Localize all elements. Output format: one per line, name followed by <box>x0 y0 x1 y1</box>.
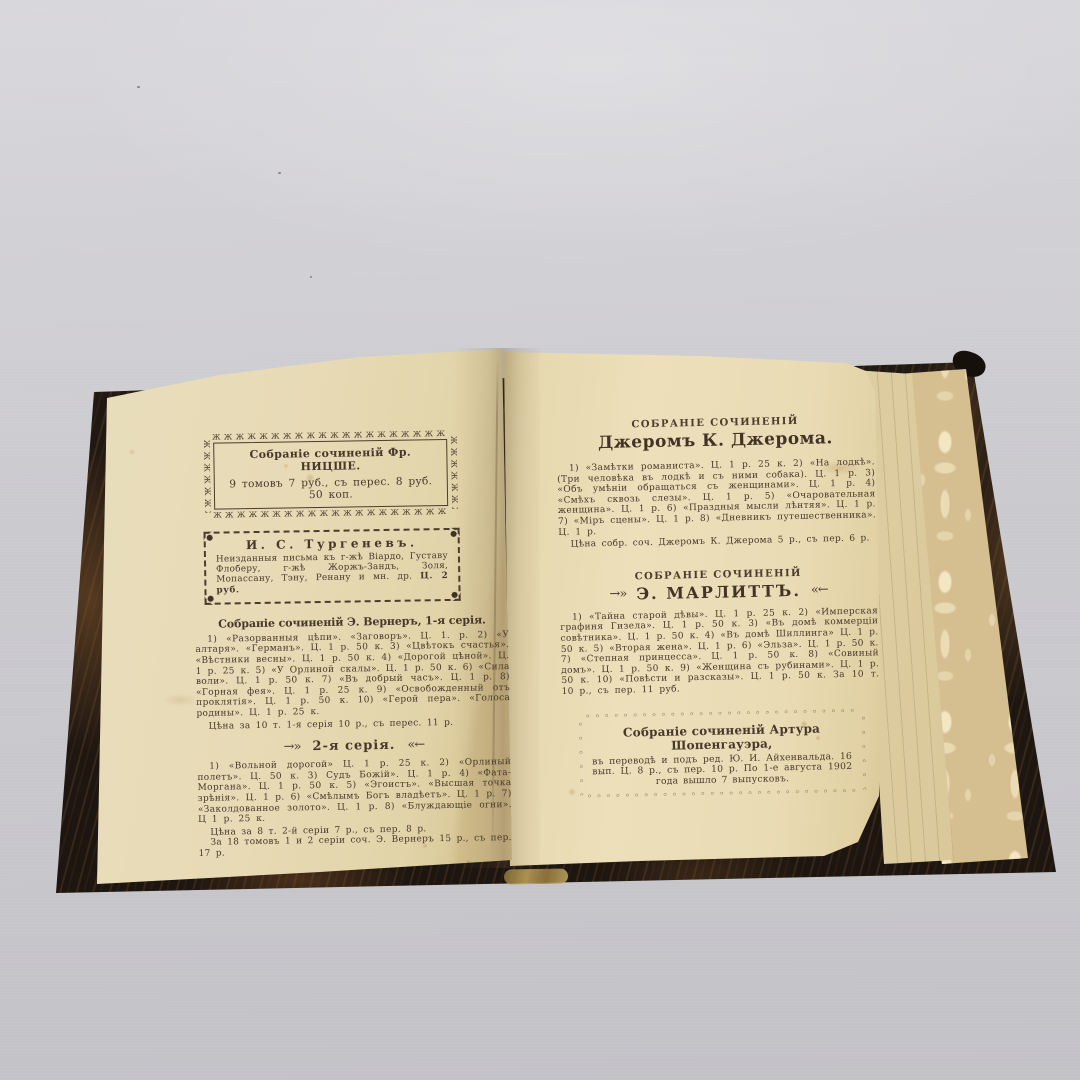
ornament-border-right: ◦ ◦ ◦ ◦ ◦ ◦ ◦ ◦ ◦ ◦ ◦ ◦ ◦ ◦ ◦ ◦ ◦ ◦ ◦ ◦ <box>858 714 869 790</box>
gilt-fragment <box>504 868 568 884</box>
werner-series1-price: Цѣна за 10 т. 1-я серія 10 р., съ перес.… <box>197 717 511 733</box>
werner-series1-heading: Собраніе сочиненій Э. Вернеръ, 1-я серія… <box>195 613 509 631</box>
dust-speck <box>278 172 281 174</box>
right-page-content: СОБРАНІЕ СОЧИНЕНІЙ Джеромъ К. Джерома. 1… <box>556 414 882 802</box>
left-page-content: Ж Ж Ж Ж Ж Ж Ж Ж Ж Ж Ж Ж Ж Ж Ж Ж Ж Ж Ж Ж … <box>192 428 513 859</box>
nietzsche-ad-box: Ж Ж Ж Ж Ж Ж Ж Ж Ж Ж Ж Ж Ж Ж Ж Ж Ж Ж Ж Ж … <box>202 429 459 520</box>
turgenev-ad-box: И. С. Тургеневъ. Неизданныя письма къ г-… <box>204 528 461 605</box>
schopenhauer-ad-box: ◦ ◦ ◦ ◦ ◦ ◦ ◦ ◦ ◦ ◦ ◦ ◦ ◦ ◦ ◦ ◦ ◦ ◦ ◦ ◦ … <box>575 707 869 802</box>
ornament-border-right: Ж Ж Ж Ж Ж Ж Ж Ж Ж Ж Ж Ж Ж Ж Ж Ж Ж Ж Ж Ж <box>449 436 459 509</box>
marlitt-list: 1) «Тайна старой дѣвы». Ц. 1 р. 25 к. 2)… <box>560 606 880 697</box>
werner-series1-list: 1) «Разорванныя цѣпи». «Заговоръ». Ц. 1.… <box>195 630 510 720</box>
book-photo: Ж Ж Ж Ж Ж Ж Ж Ж Ж Ж Ж Ж Ж Ж Ж Ж Ж Ж Ж Ж … <box>0 0 1080 1080</box>
arrow-right-ornament: →» <box>284 739 301 754</box>
jerome-list: 1) «Замѣтки романиста». Ц. 1 р. 25 к. 2)… <box>557 457 876 538</box>
werner-series2-list: 1) «Вольной дорогой» Ц. 1 р. 25 к. 2) «О… <box>197 757 512 825</box>
ornament-border-left: ◦ ◦ ◦ ◦ ◦ ◦ ◦ ◦ ◦ ◦ ◦ ◦ ◦ ◦ ◦ ◦ ◦ ◦ ◦ ◦ <box>575 720 586 796</box>
schopenhauer-ad-title: Собраніе сочиненій Артура Шопенгауэра, <box>591 720 852 753</box>
dust-speck <box>137 86 140 88</box>
turgenev-ad-title: И. С. Тургеневъ. <box>216 535 448 553</box>
arrow-left-ornament: «← <box>407 738 424 753</box>
series2-heading-row: →» 2-я серія. «← <box>197 736 511 756</box>
ornament-border-left: Ж Ж Ж Ж Ж Ж Ж Ж Ж Ж Ж Ж Ж Ж Ж Ж Ж Ж Ж Ж <box>202 440 212 513</box>
dust-speck <box>310 276 312 278</box>
turgenev-ad-text: Неизданныя письма къ г-жѣ Віардо, Густав… <box>216 551 448 585</box>
schopenhauer-ad-body: въ переводѣ и подъ ред. Ю. И. Айхенвальд… <box>592 751 853 789</box>
series2-heading: 2-я серія. <box>312 738 395 754</box>
arrow-left-ornament: «← <box>811 582 828 597</box>
arrow-right-ornament: →» <box>609 586 626 601</box>
turgenev-ad-body: Неизданныя письма къ г-жѣ Віардо, Густав… <box>216 551 449 595</box>
marlitt-title-row: →» Э. МАРЛИТТЪ. «← <box>559 579 877 605</box>
marlitt-title: Э. МАРЛИТТЪ. <box>636 581 801 603</box>
nietzsche-ad-title: Собраніе сочиненій Фр. НИЦШЕ. <box>222 445 438 474</box>
jerome-title: Джеромъ К. Джерома. <box>556 427 874 454</box>
nietzsche-ad-price: 9 томовъ 7 руб., съ перес. 8 руб. 50 коп… <box>223 475 439 502</box>
